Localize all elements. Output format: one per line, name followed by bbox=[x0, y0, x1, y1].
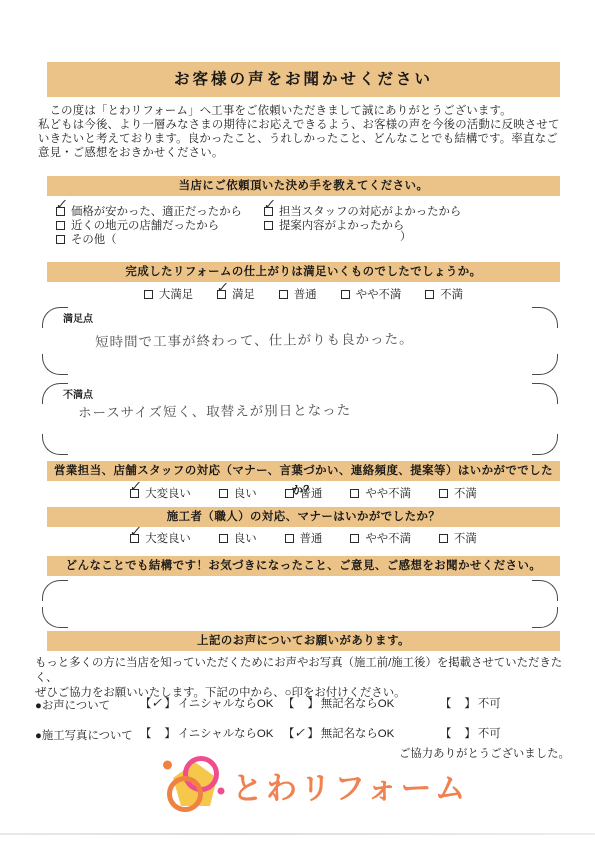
dissatisfaction-points-box[interactable]: 不満点 ホースサイズ短く、取替えが別日となった bbox=[42, 383, 558, 455]
option-label: その他（ bbox=[71, 231, 117, 247]
publish-photo-not-allowed[interactable]: 【】 不可 bbox=[440, 725, 501, 741]
checkbox[interactable]: ✓ bbox=[217, 290, 226, 299]
q4-option-normal[interactable]: 普通 bbox=[285, 530, 323, 546]
option-label: やや不満 bbox=[365, 530, 411, 546]
q2-option-somewhat-dissatisfied[interactable]: やや不満 bbox=[341, 286, 402, 302]
q3-header: 営業担当、店舗スタッフの対応（マナー、言葉づかい、連絡頻度、提案等）はいかがでで… bbox=[47, 461, 560, 481]
option-label: 提案内容がよかったから bbox=[279, 217, 404, 233]
option-label: イニシャルならOK bbox=[178, 725, 274, 741]
option-label: やや不満 bbox=[356, 286, 402, 302]
q2-option-dissatisfied[interactable]: 不満 bbox=[425, 286, 463, 302]
option-label: 大満足 bbox=[159, 286, 193, 302]
q1-header: 当店にご依頼頂いた決め手を教えてください。 bbox=[47, 176, 560, 196]
q2-options: 大満足 ✓ 満足 普通 やや不満 不満 bbox=[47, 286, 560, 302]
checkbox[interactable]: ✓ bbox=[130, 534, 139, 543]
option-label: イニシャルならOK bbox=[178, 695, 274, 711]
dissatisfaction-handwritten-answer: ホースサイズ短く、取替えが別日となった bbox=[78, 399, 351, 422]
option-label: 不可 bbox=[478, 695, 501, 711]
q2-option-satisfied[interactable]: ✓ 満足 bbox=[217, 286, 255, 302]
q3-option-somewhat-dissatisfied[interactable]: やや不満 bbox=[350, 485, 411, 501]
request-header: 上記のお声についてお願いがあります。 bbox=[47, 631, 560, 651]
option-label: 不満 bbox=[454, 485, 477, 501]
company-name: とわリフォーム bbox=[232, 763, 468, 808]
q2-option-normal[interactable]: 普通 bbox=[279, 286, 317, 302]
checkbox[interactable] bbox=[285, 534, 294, 543]
option-label: 無記名ならOK bbox=[321, 695, 394, 711]
option-label: 大変良い bbox=[145, 530, 191, 546]
checkmark-icon: ✓ bbox=[263, 196, 277, 211]
option-label: やや不満 bbox=[365, 485, 411, 501]
checkbox[interactable] bbox=[56, 221, 65, 230]
option-label: 無記名ならOK bbox=[321, 725, 394, 741]
publish-photo-anonymous-ok[interactable]: 【✓】 無記名ならOK bbox=[283, 725, 394, 741]
option-label: 普通 bbox=[294, 286, 317, 302]
satisfaction-box-label: 満足点 bbox=[63, 310, 93, 325]
satisfaction-points-box[interactable]: 満足点 短時間で工事が終わって、仕上がりも良かった。 bbox=[42, 307, 558, 375]
option-label: 良い bbox=[234, 485, 257, 501]
publish-voice-initial-ok[interactable]: 【✓】 イニシャルならOK bbox=[140, 695, 273, 711]
publish-photo-label: ●施工写真について bbox=[35, 727, 133, 743]
option-label: 不可 bbox=[478, 725, 501, 741]
publish-voice-not-allowed[interactable]: 【】 不可 bbox=[440, 695, 501, 711]
checkmark-icon: ✓ bbox=[55, 196, 69, 211]
checkbox[interactable] bbox=[439, 534, 448, 543]
q4-header: 施工者（職人）の対応、マナーはいかがでしたか？ bbox=[47, 507, 560, 527]
checkbox[interactable]: ✓ bbox=[130, 489, 139, 498]
q1-other-close-paren: ） bbox=[400, 228, 411, 244]
option-label: 不満 bbox=[440, 286, 463, 302]
q3-option-good[interactable]: 良い bbox=[219, 485, 257, 501]
checkmark-icon: ✓ bbox=[129, 523, 143, 538]
satisfaction-handwritten-answer: 短時間で工事が終わって、仕上がりも良かった。 bbox=[95, 327, 414, 350]
option-label: 普通 bbox=[300, 530, 323, 546]
q4-option-good[interactable]: 良い bbox=[219, 530, 257, 546]
checkbox[interactable]: ✓ bbox=[56, 207, 65, 216]
checkmark-icon: ✓ bbox=[216, 279, 230, 294]
scan-edge-line bbox=[0, 833, 595, 835]
checkbox[interactable] bbox=[285, 489, 294, 498]
q1-option-other[interactable]: その他（ bbox=[56, 231, 117, 247]
checkbox[interactable] bbox=[264, 221, 273, 230]
checkbox[interactable] bbox=[56, 235, 65, 244]
q4-option-somewhat-dissatisfied[interactable]: やや不満 bbox=[350, 530, 411, 546]
checkbox[interactable] bbox=[219, 534, 228, 543]
publish-voice-label: ●お声について bbox=[35, 697, 110, 713]
checkbox[interactable] bbox=[279, 290, 288, 299]
publish-voice-anonymous-ok[interactable]: 【】 無記名ならOK bbox=[283, 695, 394, 711]
free-comment-box[interactable] bbox=[42, 580, 558, 628]
q1-option-proposal[interactable]: 提案内容がよかったから bbox=[264, 217, 404, 233]
option-label: 不満 bbox=[454, 530, 477, 546]
scanned-feedback-form: お客様の声をお聞かせください この度は「とわリフォーム」へ工事をご依頼いただきま… bbox=[0, 0, 595, 841]
option-label: 普通 bbox=[300, 485, 323, 501]
option-label: 大変良い bbox=[145, 485, 191, 501]
dissatisfaction-box-label: 不満点 bbox=[63, 386, 93, 401]
checkbox[interactable] bbox=[425, 290, 434, 299]
q2-option-very-satisfied[interactable]: 大満足 bbox=[144, 286, 193, 302]
q4-option-very-good[interactable]: ✓ 大変良い bbox=[130, 530, 191, 546]
company-logo: とわリフォーム bbox=[162, 753, 468, 819]
checkbox[interactable]: ✓ bbox=[264, 207, 273, 216]
form-title: お客様の声をお聞かせください bbox=[47, 62, 560, 97]
q3-option-normal[interactable]: 普通 bbox=[285, 485, 323, 501]
option-label: 良い bbox=[234, 530, 257, 546]
intro-paragraph: この度は「とわリフォーム」へ工事をご依頼いただきまして誠にありがとうございます。… bbox=[38, 104, 562, 160]
q3-option-dissatisfied[interactable]: 不満 bbox=[439, 485, 477, 501]
q3-option-very-good[interactable]: ✓ 大変良い bbox=[130, 485, 191, 501]
q4-options: ✓ 大変良い 良い 普通 やや不満 不満 bbox=[47, 530, 560, 546]
checkbox[interactable] bbox=[350, 534, 359, 543]
checkbox[interactable] bbox=[439, 489, 448, 498]
checkbox[interactable] bbox=[144, 290, 153, 299]
q5-header: どんなことでも結構です！お気づきになったこと、ご意見、ご感想をお聞かせください。 bbox=[47, 556, 560, 576]
logo-icon bbox=[162, 753, 226, 819]
publish-photo-initial-ok[interactable]: 【】 イニシャルならOK bbox=[140, 725, 273, 741]
checkmark-icon: ✓ bbox=[129, 478, 143, 493]
checkbox[interactable] bbox=[341, 290, 350, 299]
option-label: 満足 bbox=[232, 286, 255, 302]
q2-header: 完成したリフォームの仕上がりは満足いくものでしたでしょうか。 bbox=[47, 262, 560, 282]
checkbox[interactable] bbox=[350, 489, 359, 498]
q3-options: ✓ 大変良い 良い 普通 やや不満 不満 bbox=[47, 485, 560, 501]
q4-option-dissatisfied[interactable]: 不満 bbox=[439, 530, 477, 546]
checkbox[interactable] bbox=[219, 489, 228, 498]
